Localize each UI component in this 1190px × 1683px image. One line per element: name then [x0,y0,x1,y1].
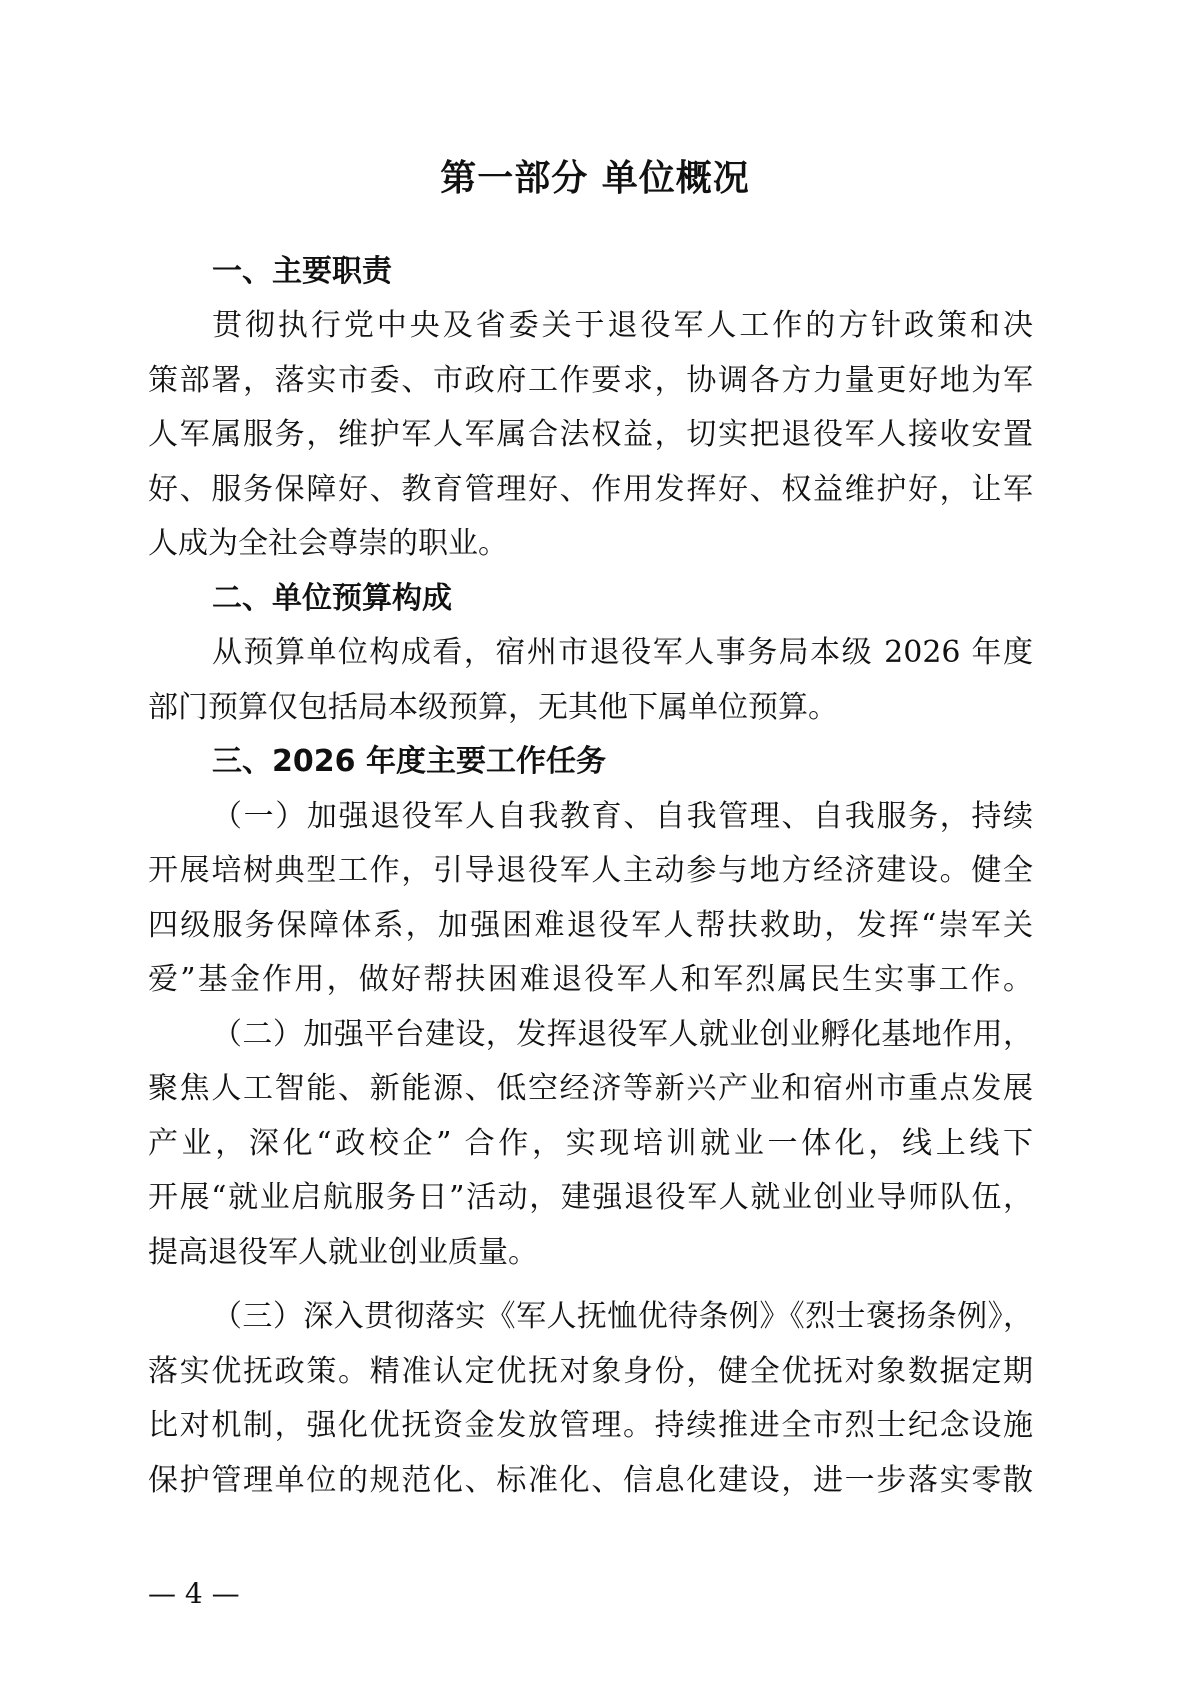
page-number: — 4 — [148,1576,240,1612]
paragraph-line: 落实优抚政策。精准认定优抚对象身份，健全优抚对象数据定期 [148,1352,1033,1392]
section-heading-budget-composition: 二、单位预算构成 [212,579,452,619]
paragraph-line: 爱”基金作用，做好帮扶困难退役军人和军烈属民生实事工作。 [148,960,1033,1000]
page-title: 第一部分 单位概况 [0,150,1190,201]
paragraph-line: 产业，深化“政校企” 合作，实现培训就业一体化，线上线下 [148,1124,1033,1164]
paragraph-line: 贯彻执行党中央及省委关于退役军人工作的方针政策和决 [212,306,1033,346]
paragraph-line: 保护管理单位的规范化、标准化、信息化建设，进一步落实零散 [148,1461,1033,1501]
paragraph-line: 人成为全社会尊崇的职业。 [148,524,1033,564]
paragraph-line: 聚焦人工智能、新能源、低空经济等新兴产业和宿州市重点发展 [148,1069,1033,1109]
paragraph-line: 从预算单位构成看，宿州市退役军人事务局本级 2026 年度 [212,633,1033,673]
paragraph-line: （三）深入贯彻落实《军人抚恤优待条例》《烈士褒扬条例》， [212,1297,1033,1337]
document-page: 第一部分 单位概况 一、主要职责 贯彻执行党中央及省委关于退役军人工作的方针政策… [0,0,1190,1683]
paragraph-line: 四级服务保障体系，加强困难退役军人帮扶救助，发挥“崇军关 [148,906,1033,946]
paragraph-line: 部门预算仅包括局本级预算，无其他下属单位预算。 [148,688,1033,728]
paragraph-line: 比对机制，强化优抚资金发放管理。持续推进全市烈士纪念设施 [148,1406,1033,1446]
paragraph-line: （二）加强平台建设，发挥退役军人就业创业孵化基地作用， [212,1015,1033,1055]
paragraph-line: 提高退役军人就业创业质量。 [148,1233,1033,1273]
paragraph-line: 人军属服务，维护军人军属合法权益，切实把退役军人接收安置 [148,415,1033,455]
paragraph-line: 开展培树典型工作，引导退役军人主动参与地方经济建设。健全 [148,851,1033,891]
section-heading-main-tasks: 三、2026 年度主要工作任务 [212,742,606,782]
paragraph-line: 策部署，落实市委、市政府工作要求，协调各方力量更好地为军 [148,361,1033,401]
paragraph-line: （一）加强退役军人自我教育、自我管理、自我服务，持续 [212,797,1033,837]
paragraph-line: 好、服务保障好、教育管理好、作用发挥好、权益维护好，让军 [148,470,1033,510]
section-heading-main-duties: 一、主要职责 [212,252,392,292]
paragraph-line: 开展“就业启航服务日”活动，建强退役军人就业创业导师队伍， [148,1178,1033,1218]
